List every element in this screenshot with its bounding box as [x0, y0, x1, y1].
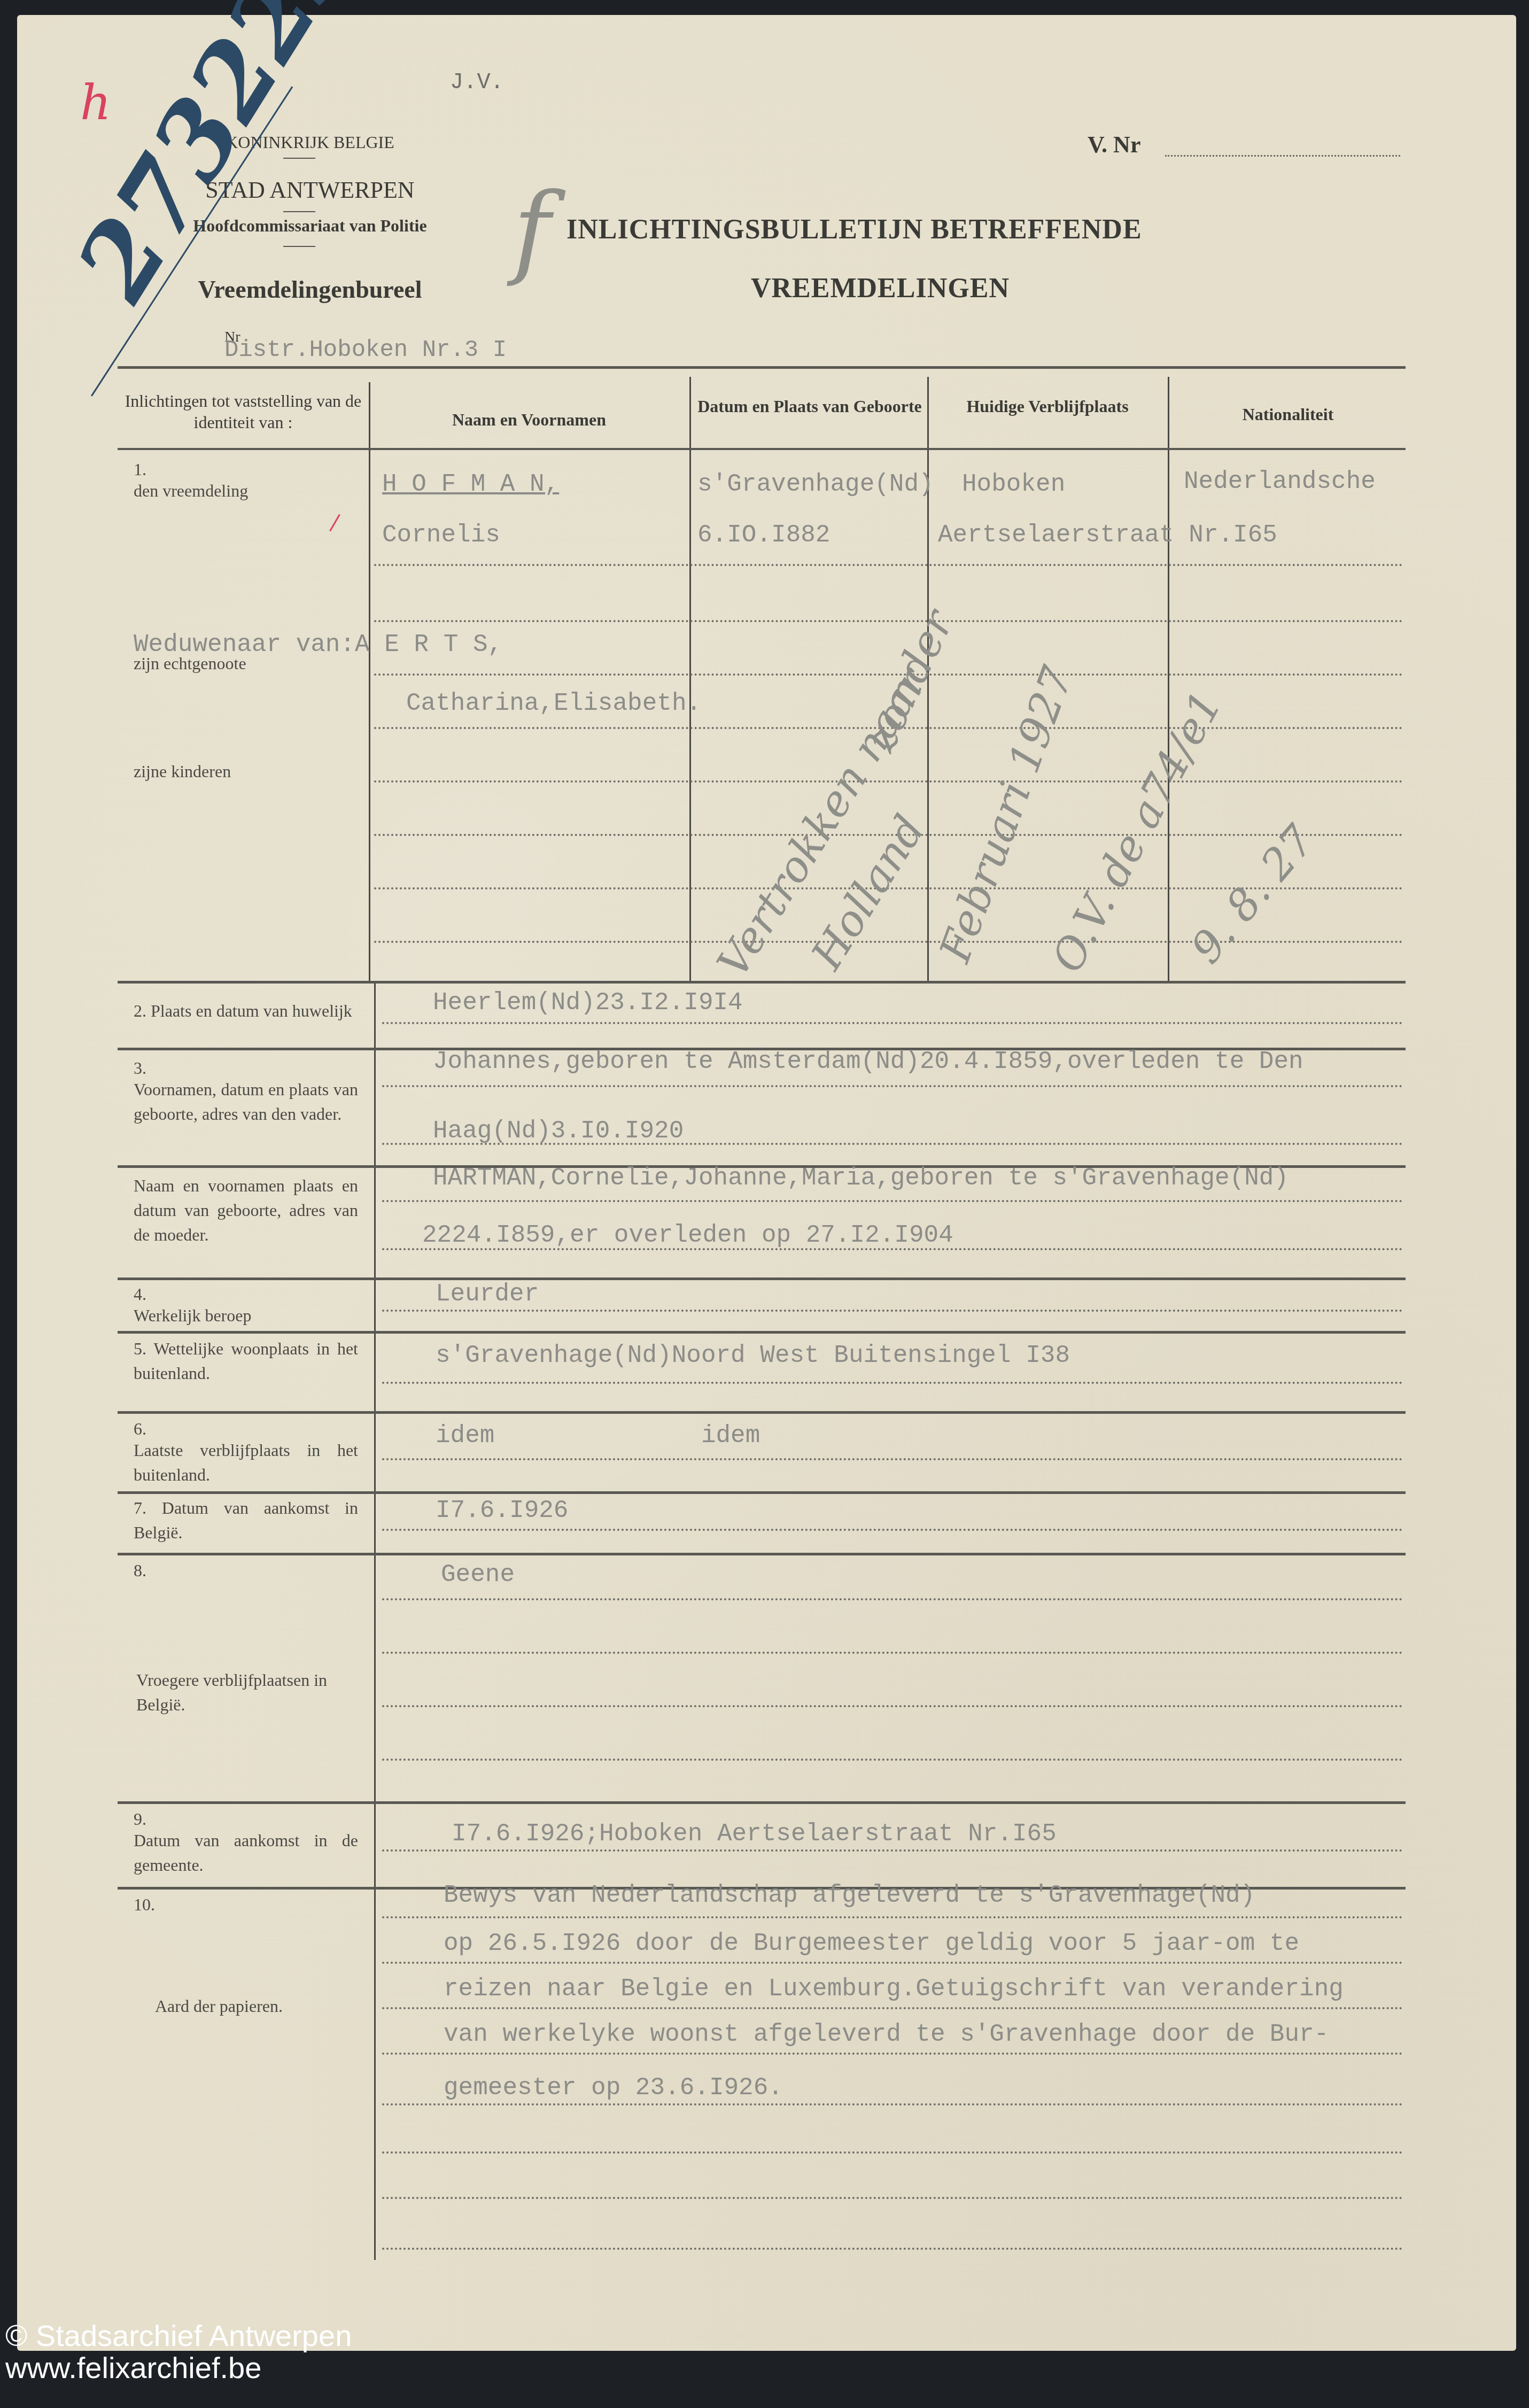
entry-line: [382, 2151, 1403, 2154]
column-header-residence: Huidige Verblijfplaats: [933, 396, 1162, 417]
entry-line: [382, 1759, 1403, 1761]
column-divider: [689, 377, 691, 981]
entry-line: [382, 1310, 1403, 1312]
label-column-divider: [374, 982, 376, 2260]
v-nr-field[interactable]: [1165, 155, 1400, 157]
entry-line: [382, 1705, 1403, 1707]
entry-line: [382, 1916, 1403, 1918]
entry-line: [382, 1458, 1403, 1460]
section-number: 5.: [134, 1339, 146, 1358]
entry-line: [382, 2197, 1403, 2199]
papers-line-5: gemeester op 23.6.I926.: [444, 2074, 783, 2102]
bureau-heading: Vreemdelingenbureel: [150, 275, 470, 304]
label-last-residence: Laatste verblijfplaats in het buitenland…: [134, 1438, 358, 1487]
form-title-line1: INLICHTINGSBULLETIJN BETREFFENDE: [566, 214, 1142, 245]
row-line: [374, 564, 1403, 566]
column-header-name: Naam en Voornamen: [374, 409, 684, 430]
mother-line-1: HARTMAN,Cornelie,Johanne,Maria,geboren t…: [433, 1164, 1289, 1192]
section-rule: [118, 1801, 1406, 1804]
papers-line-4: van werkelyke woonst afgeleverd te s'Gra…: [444, 2020, 1329, 2048]
entry-line: [382, 2007, 1403, 2009]
divider: [283, 246, 315, 247]
residence-value-2: Aertselaerstraat Nr.I65: [938, 521, 1277, 549]
district-number: Distr.Hoboken Nr.3 I: [224, 337, 507, 363]
entry-line: [382, 1143, 1403, 1145]
birth-date-value: 6.IO.I882: [697, 521, 830, 549]
entry-line: [382, 1200, 1403, 1202]
archive-url[interactable]: www.felixarchief.be: [5, 2352, 261, 2384]
entry-line: [382, 1962, 1403, 1964]
row-line: [374, 941, 1403, 943]
section-number: 8.: [134, 1558, 146, 1583]
mother-line-2: 2224.I859,er overleden op 27.I2.I904: [422, 1221, 953, 1249]
entry-line: [382, 1652, 1403, 1654]
label-previous-residences: Vroegere verblijfplaatsen in België.: [136, 1668, 350, 1717]
papers-line-2: op 26.5.I926 door de Burgemeester geldig…: [444, 1930, 1299, 1957]
label-kinderen: zijne kinderen: [134, 759, 231, 784]
section-label: Datum van aankomst in België.: [134, 1498, 358, 1542]
form-title-line2: VREEMDELINGEN: [751, 273, 1010, 304]
entry-line: [382, 1022, 1403, 1024]
column-divider: [369, 382, 370, 981]
entry-line: [382, 1382, 1403, 1384]
column-divider: [1168, 377, 1169, 981]
spouse-line-2: Catharina,Elisabeth.: [406, 690, 701, 717]
section-rule: [118, 1553, 1406, 1555]
entry-line: [382, 1248, 1403, 1250]
section-number: 7.: [134, 1498, 146, 1517]
section-rule: [118, 1411, 1406, 1414]
section-rule: [118, 981, 1406, 984]
firstname-value: Cornelis: [382, 521, 500, 549]
papers-line-3: reizen naar Belgie en Luxemburg.Getuigsc…: [444, 1975, 1344, 2003]
row-line: [374, 620, 1403, 622]
label-legal-residence: 5. Wettelijke woonplaats in het buitenla…: [134, 1336, 358, 1385]
label-father: Voornamen, datum en plaats van geboorte,…: [134, 1077, 358, 1126]
arrival-belgium-value: I7.6.I926: [436, 1497, 568, 1524]
entry-line: [382, 1085, 1403, 1087]
divider: [283, 211, 315, 212]
father-line-2: Haag(Nd)3.I0.I920: [433, 1117, 684, 1145]
label-mother: Naam en voornamen plaats en datum van ge…: [134, 1173, 358, 1247]
label-occupation: Werkelijk beroep: [134, 1303, 251, 1328]
entry-line: [382, 2103, 1403, 2105]
entry-line: [382, 2248, 1403, 2250]
column-header-birth: Datum en Plaats van Geboorte: [695, 396, 925, 417]
divider: [283, 158, 315, 159]
entry-line: [382, 1529, 1403, 1531]
section-rule: [118, 1331, 1406, 1334]
red-pencil-mark: h: [80, 75, 111, 131]
archive-copyright: © Stadsarchief Antwerpen: [5, 2320, 352, 2352]
pencil-initial: f: [513, 171, 550, 289]
section-rule: [118, 1277, 1406, 1280]
spouse-line-1: Weduwenaar van:A E R T S,: [134, 631, 502, 659]
entry-line: [382, 1598, 1403, 1600]
label-vreemdeling: den vreemdeling: [134, 478, 248, 503]
occupation-value: Leurder: [436, 1280, 539, 1308]
birth-place-value: s'Gravenhage(Nd): [697, 470, 934, 498]
previous-residences-value: Geene: [441, 1561, 515, 1589]
marriage-value: Heerlem(Nd)23.I2.I9I4: [433, 989, 743, 1017]
papers-line-1: Bewys van Nederlandschap afgeleverd te s…: [444, 1882, 1255, 1909]
table-top-rule: [118, 366, 1406, 369]
legal-residence-value: s'Gravenhage(Nd)Noord West Buitensingel …: [436, 1342, 1070, 1369]
label-arrival-belgium: 7. Datum van aankomst in België.: [134, 1496, 358, 1545]
arrival-municipality-value: I7.6.I926;Hoboken Aertselaerstraat Nr.I6…: [452, 1820, 1057, 1848]
father-line-1: Johannes,geboren te Amsterdam(Nd)20.4.I8…: [433, 1048, 1303, 1075]
column-header-nationality: Nationaliteit: [1173, 404, 1403, 425]
label-papers: Aard der papieren.: [155, 1994, 283, 2018]
entry-line: [382, 2053, 1403, 2055]
entry-line: [382, 1849, 1403, 1852]
last-residence-value: idem idem: [436, 1422, 760, 1450]
header-bottom-rule: [118, 448, 1406, 450]
section-rule: [118, 1491, 1406, 1494]
section-label: Wettelijke woonplaats in het buitenland.: [134, 1339, 358, 1383]
v-nr-label: V. Nr: [1088, 131, 1140, 158]
label-marriage: 2. Plaats en datum van huwelijk: [134, 998, 363, 1023]
section-label: Plaats en datum van huwelijk: [151, 1001, 352, 1020]
section-number: 2.: [134, 1001, 146, 1020]
nationality-value: Nederlandsche: [1184, 468, 1376, 495]
residence-value-1: Hoboken: [962, 470, 1065, 498]
label-arrival-municipality: Datum van aankomst in de gemeente.: [134, 1828, 358, 1877]
initials-stamp: J.V.: [450, 69, 504, 95]
surname-value: H O F M A N,: [382, 470, 559, 498]
column-header-identity: Inlichtingen tot vaststelling van de ide…: [118, 390, 369, 433]
section-number: 10.: [134, 1892, 155, 1917]
